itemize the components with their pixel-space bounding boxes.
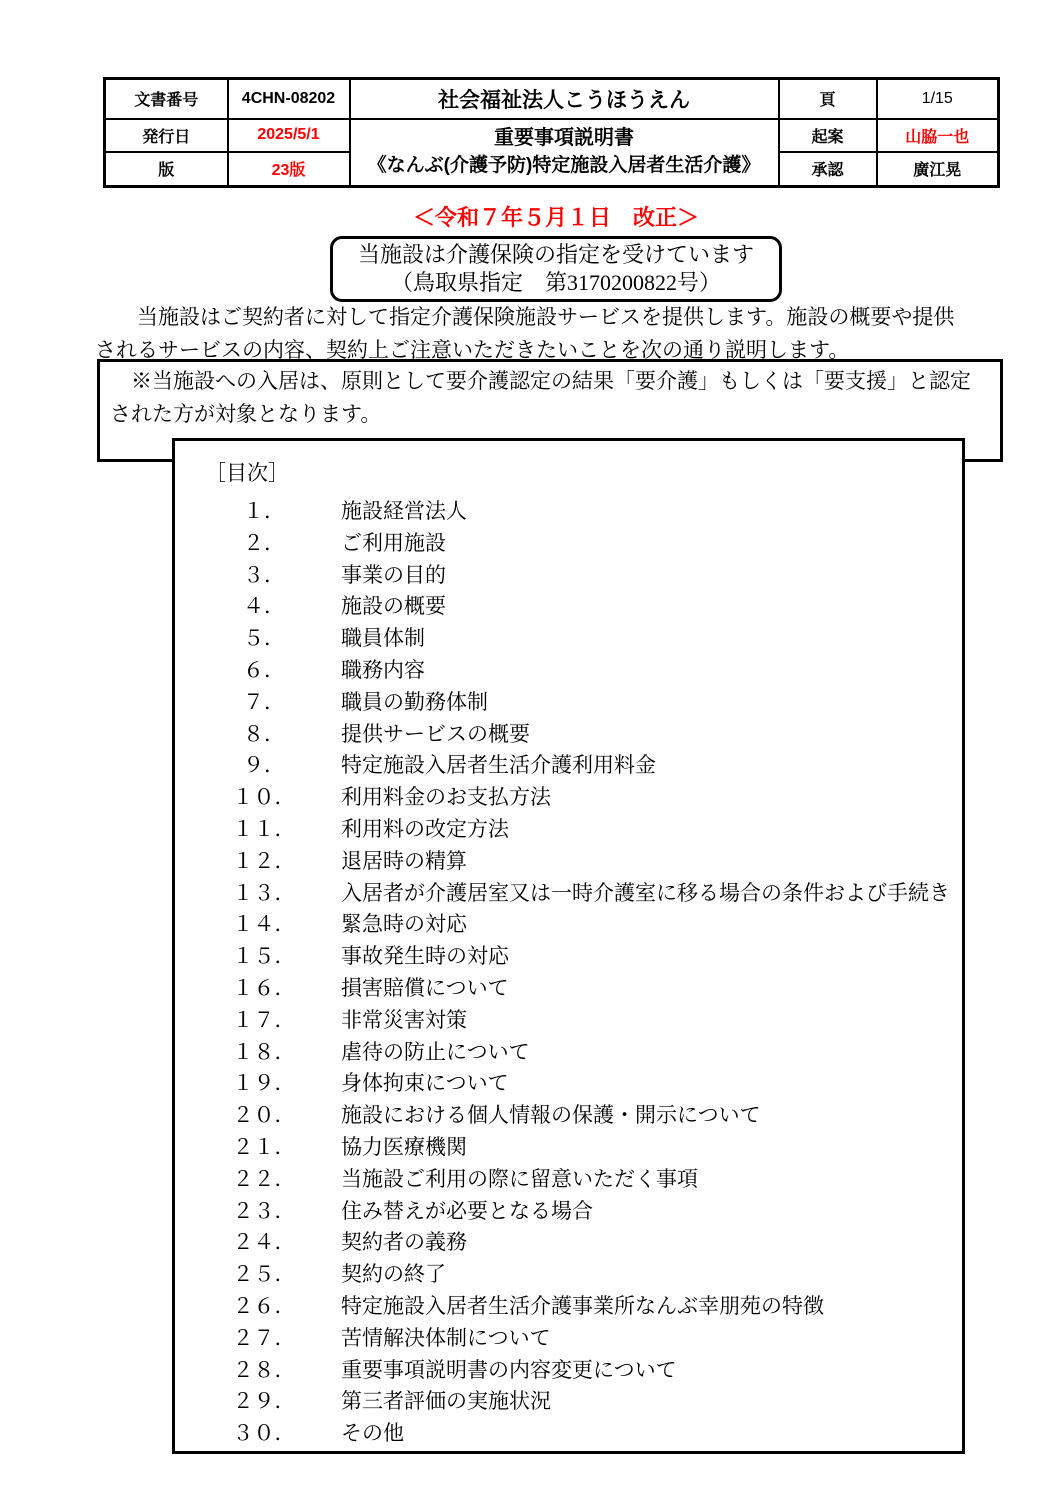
draft-value: 山脇一也 [877,119,999,152]
toc-item-label: 重要事項説明書の内容変更について [341,1354,677,1386]
toc-item-label: 提供サービスの概要 [341,718,530,750]
page-value: 1/15 [877,79,999,119]
toc-item-number: １８． [205,1036,323,1068]
toc-item-number: ７． [205,686,323,718]
toc-item-label: 協力医療機関 [341,1131,467,1163]
org-name: 社会福祉法人こうほうえん [350,79,779,119]
toc-item: ６．職務内容 [205,654,962,686]
toc-item: ４．施設の概要 [205,590,962,622]
toc-item: １４．緊急時の対応 [205,908,962,940]
toc-item: ２９．第三者評価の実施状況 [205,1385,962,1417]
toc-item-number: ２１． [205,1131,323,1163]
doc-title: 重要事項説明書 [351,125,778,152]
toc-item: １６．損害賠償について [205,972,962,1004]
toc-item: ７．職員の勤務体制 [205,686,962,718]
toc-item-number: ２７． [205,1322,323,1354]
toc-item-number: ２９． [205,1385,323,1417]
toc-item-number: ９． [205,749,323,781]
toc-item-number: ８． [205,718,323,750]
toc-item-label: 職員の勤務体制 [341,686,488,718]
toc-item-number: ２３． [205,1195,323,1227]
toc-item-label: 住み替えが必要となる場合 [341,1195,593,1227]
toc-item-number: ５． [205,622,323,654]
toc-item-label: 緊急時の対応 [341,908,467,940]
version-label: 版 [105,152,228,187]
toc-item-label: 入居者が介護居室又は一時介護室に移る場合の条件および手続き [341,877,950,909]
toc-item-label: 損害賠償について [341,972,509,1004]
toc-item-label: その他 [341,1417,404,1449]
draft-label: 起案 [779,119,877,152]
toc-item-number: １． [205,495,323,527]
toc-item-number: １６． [205,972,323,1004]
designation-line1: 当施設は介護保険の指定を受けています [339,241,773,269]
toc-item-number: １０． [205,781,323,813]
toc-item-label: 当施設ご利用の際に留意いただく事項 [341,1163,698,1195]
toc-item-number: ２０． [205,1099,323,1131]
toc-item: １０．利用料金のお支払方法 [205,781,962,813]
toc-item-number: ２． [205,527,323,559]
issue-date-label: 発行日 [105,119,228,152]
toc-item-label: 退居時の精算 [341,845,467,877]
doc-number-value: 4CHN-08202 [228,79,350,119]
toc-item-number: １９． [205,1067,323,1099]
toc-item-number: １１． [205,813,323,845]
toc-item: ９．特定施設入居者生活介護利用料金 [205,749,962,781]
toc-item: ２７．苦情解決体制について [205,1322,962,1354]
toc-item: ２５．契約の終了 [205,1258,962,1290]
toc-item-label: 身体拘束について [341,1067,509,1099]
toc-item-label: 職務内容 [341,654,425,686]
toc-item: １８．虐待の防止について [205,1036,962,1068]
toc-item: ２３．住み替えが必要となる場合 [205,1195,962,1227]
toc-item: １７．非常災害対策 [205,1004,962,1036]
toc-item-number: ４． [205,590,323,622]
toc-item: ２２．当施設ご利用の際に留意いただく事項 [205,1163,962,1195]
toc-item-number: ６． [205,654,323,686]
toc-item-label: 契約の終了 [341,1258,446,1290]
toc-item-number: ３０． [205,1417,323,1449]
doc-subtitle: 《なんぶ(介護予防)特定施設入居者生活介護》 [351,152,778,179]
toc-item-number: ２５． [205,1258,323,1290]
toc-list: １．施設経営法人２．ご利用施設３．事業の目的４．施設の概要５．職員体制６．職務内… [205,495,962,1449]
toc-item: １１．利用料の改定方法 [205,813,962,845]
toc-item-number: ２８． [205,1354,323,1386]
doc-title-cell: 重要事項説明書 《なんぶ(介護予防)特定施設入居者生活介護》 [350,119,779,187]
toc-item-label: 虐待の防止について [341,1036,530,1068]
toc-item-label: ご利用施設 [341,527,446,559]
toc-item-number: ２２． [205,1163,323,1195]
toc-item-number: １７． [205,1004,323,1036]
toc-item: ３０．その他 [205,1417,962,1449]
toc-item-label: 非常災害対策 [341,1004,467,1036]
toc-item-number: ２４． [205,1226,323,1258]
toc-item: １９．身体拘束について [205,1067,962,1099]
toc-item: ５．職員体制 [205,622,962,654]
toc-item-label: 事故発生時の対応 [341,940,509,972]
version-value: 23版 [228,152,350,187]
toc-box: ［目次］ １．施設経営法人２．ご利用施設３．事業の目的４．施設の概要５．職員体制… [172,438,965,1454]
toc-item-label: 施設における個人情報の保護・開示について [341,1099,761,1131]
intro-paragraph: 当施設はご契約者に対して指定介護保険施設サービスを提供します。施設の概要や提供 … [95,301,1010,367]
toc-item: ２０．施設における個人情報の保護・開示について [205,1099,962,1131]
toc-item-label: 契約者の義務 [341,1226,467,1258]
toc-item: １２．退居時の精算 [205,845,962,877]
toc-item-number: ２６． [205,1290,323,1322]
issue-date-value: 2025/5/1 [228,119,350,152]
toc-item-label: 職員体制 [341,622,425,654]
toc-item: ３．事業の目的 [205,559,962,591]
toc-item-number: １３． [205,877,323,909]
toc-item-label: 特定施設入居者生活介護利用料金 [341,749,656,781]
toc-item: １．施設経営法人 [205,495,962,527]
toc-item-number: １４． [205,908,323,940]
toc-item-number: １５． [205,940,323,972]
toc-item: １５．事故発生時の対応 [205,940,962,972]
toc-item-label: 苦情解決体制について [341,1322,551,1354]
revision-heading: ＜令和７年５月１日 改正＞ [330,205,782,231]
header-table: 文書番号 4CHN-08202 社会福祉法人こうほうえん 頁 1/15 発行日 … [103,77,1000,188]
approval-value: 廣江晃 [877,152,999,187]
toc-item: ２８．重要事項説明書の内容変更について [205,1354,962,1386]
toc-item-label: 事業の目的 [341,559,446,591]
toc-item: ２６．特定施設入居者生活介護事業所なんぶ幸朋苑の特徴 [205,1290,962,1322]
toc-item: ２．ご利用施設 [205,527,962,559]
revision-section: ＜令和７年５月１日 改正＞ 当施設は介護保険の指定を受けています （鳥取県指定 … [330,205,782,302]
toc-heading: ［目次］ [205,457,962,489]
toc-item-label: 施設経営法人 [341,495,467,527]
toc-item-number: １２． [205,845,323,877]
toc-item-label: 利用料金のお支払方法 [341,781,551,813]
toc-item: １３．入居者が介護居室又は一時介護室に移る場合の条件および手続き [205,877,962,909]
toc-item-label: 利用料の改定方法 [341,813,509,845]
toc-item-label: 特定施設入居者生活介護事業所なんぶ幸朋苑の特徴 [341,1290,824,1322]
designation-line2: （鳥取県指定 第3170200822号） [339,269,773,297]
toc-item: ２４．契約者の義務 [205,1226,962,1258]
document-page: 文書番号 4CHN-08202 社会福祉法人こうほうえん 頁 1/15 発行日 … [0,0,1058,1497]
approval-label: 承認 [779,152,877,187]
toc-item-label: 第三者評価の実施状況 [341,1385,551,1417]
toc-item: ８．提供サービスの概要 [205,718,962,750]
toc-item: ２１．協力医療機関 [205,1131,962,1163]
page-label: 頁 [779,79,877,119]
designation-box: 当施設は介護保険の指定を受けています （鳥取県指定 第3170200822号） [330,236,782,302]
toc-item-number: ３． [205,559,323,591]
doc-number-label: 文書番号 [105,79,228,119]
toc-item-label: 施設の概要 [341,590,446,622]
